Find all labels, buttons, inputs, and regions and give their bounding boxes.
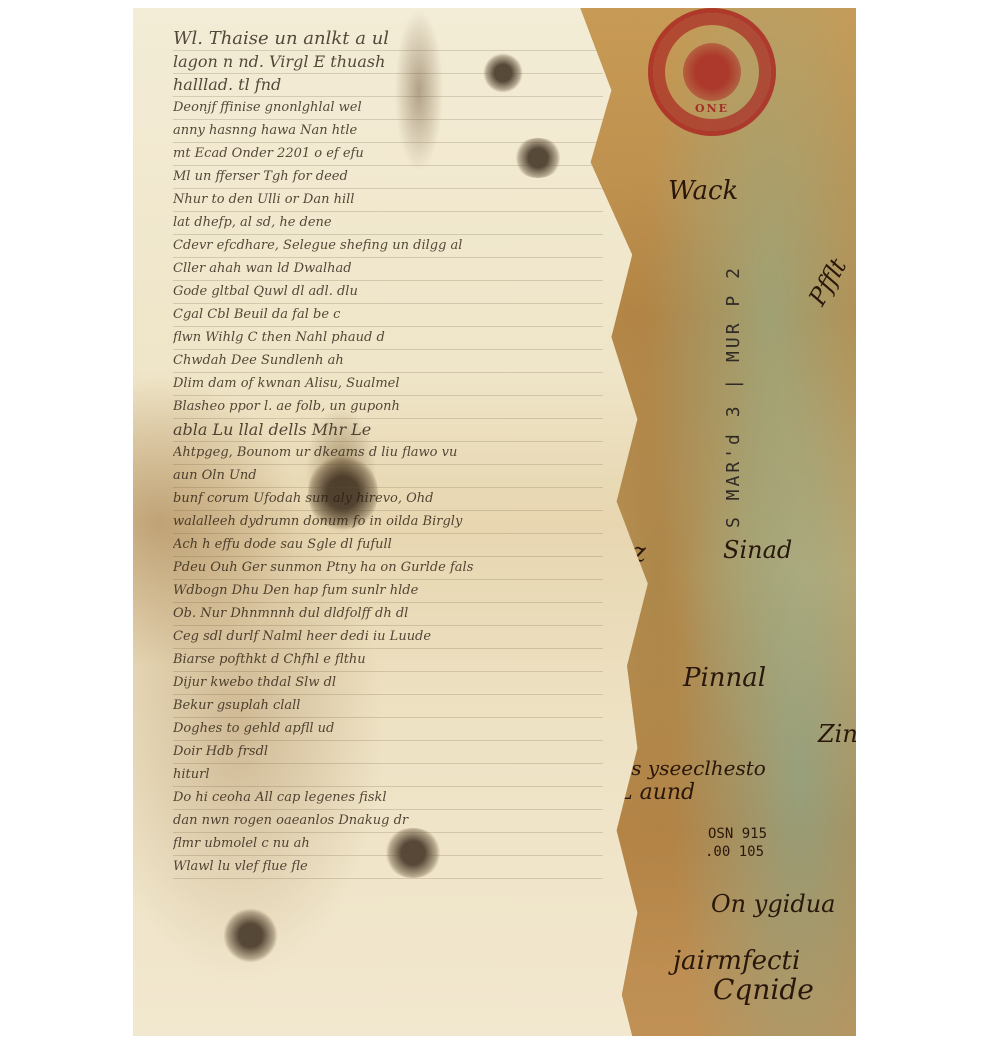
script-word: On ygidua	[711, 890, 836, 918]
manuscript-line: hiturl	[173, 764, 603, 787]
manuscript-line: aun Oln Und	[173, 465, 603, 488]
manuscript-line: Nhur to den Ulli or Dan hill	[173, 189, 603, 212]
script-word: Ls yseeclhesto	[618, 756, 766, 780]
manuscript-line: Blasheo ppor l. ae folb, un guponh	[173, 396, 603, 419]
manuscript-line: lat dhefp, al sd, he dene	[173, 212, 603, 235]
script-word: Sinad	[723, 536, 792, 564]
manuscript-line: Doir Hdb frsdl	[173, 741, 603, 764]
script-word: Zin	[818, 720, 856, 748]
manuscript-line: anny hasnng hawa Nan htle	[173, 120, 603, 143]
manuscript-line: Dlim dam of kwnan Alisu, Sualmel	[173, 373, 603, 396]
collage-artwork: ONE S MAR'd 3 | MUR P 2 Wack al Pfflt za…	[133, 8, 856, 1036]
manuscript-line: dan nwn rogen oaeanlos Dnakug dr	[173, 810, 603, 833]
manuscript-line: Cller ahah wan ld Dwalhad	[173, 258, 603, 281]
script-word: OSN 915	[708, 826, 767, 842]
manuscript-line: flwn Wihlg C then Nahl phaud d	[173, 327, 603, 350]
manuscript-line: Gode gltbal Quwl dl adl. dlu	[173, 281, 603, 304]
manuscript-line: Ahtpgeg, Bounom ur dkeams d liu flawo vu	[173, 442, 603, 465]
manuscript-line: walalleeh dydrumn donum fo in oilda Birg…	[173, 511, 603, 534]
handwritten-lines: Wl. Thaise un anlkt a ul lagon n nd. Vir…	[173, 28, 603, 879]
manuscript-line: Wdbogn Dhu Den hap fum sunlr hlde	[173, 580, 603, 603]
manuscript-line: Bekur gsuplah clall	[173, 695, 603, 718]
manuscript-line: abla Lu llal dells Mhr Le	[173, 419, 603, 442]
script-word: .00 105	[705, 844, 764, 860]
script-word: Pinnal	[683, 663, 766, 693]
script-word: jairmfecti	[673, 946, 800, 976]
postmark-text: ONE	[653, 102, 771, 115]
manuscript-line: mt Ecad Onder 2201 o ef efu	[173, 143, 603, 166]
manuscript-line: Dijur kwebo thdal Slw dl	[173, 672, 603, 695]
manuscript-line: Biarse pofthkt d Chfhl e flthu	[173, 649, 603, 672]
red-postmark-stamp: ONE	[648, 8, 776, 136]
manuscript-line: Wl. Thaise un anlkt a ul	[173, 28, 603, 51]
manuscript-line: Wlawl lu vlef flue fle	[173, 856, 603, 879]
manuscript-line: Cdevr efcdhare, Selegue shefing un dilgg…	[173, 235, 603, 258]
torn-manuscript-page: Wl. Thaise un anlkt a ul lagon n nd. Vir…	[133, 8, 653, 1036]
manuscript-line: Deonjf ffinise gnonlghlal wel	[173, 97, 603, 120]
manuscript-line: halllad. tl fnd	[173, 74, 603, 97]
postmark-emblem	[683, 43, 741, 101]
manuscript-line: Doghes to gehld apfll ud	[173, 718, 603, 741]
ink-stain	[223, 908, 278, 963]
manuscript-line: bunf corum Ufodah sun aly hirevo, Ohd	[173, 488, 603, 511]
manuscript-line: lagon n nd. Virgl E thuash	[173, 51, 603, 74]
manuscript-line: Ob. Nur Dhnmnnh dul dldfolff dh dl	[173, 603, 603, 626]
script-word: L aund	[618, 780, 695, 805]
script-word: Wack	[668, 176, 738, 206]
manuscript-line: Ach h effu dode sau Sgle dl fufull	[173, 534, 603, 557]
manuscript-line: flmr ubmolel c nu ah	[173, 833, 603, 856]
manuscript-line: Do hi ceoha All cap legenes fiskl	[173, 787, 603, 810]
vertical-printed-text: S MAR'd 3 | MUR P 2	[723, 265, 744, 528]
manuscript-line: Ml un fferser Tgh for deed	[173, 166, 603, 189]
manuscript-line: Pdeu Ouh Ger sunmon Ptny ha on Gurlde fa…	[173, 557, 603, 580]
script-word: Cqnide	[713, 973, 814, 1006]
manuscript-line: Cgal Cbl Beuil da fal be c	[173, 304, 603, 327]
manuscript-line: Chwdah Dee Sundlenh ah	[173, 350, 603, 373]
manuscript-line: Ceg sdl durlf Nalml heer dedi iu Luude	[173, 626, 603, 649]
script-word: Pfflt	[803, 254, 852, 311]
